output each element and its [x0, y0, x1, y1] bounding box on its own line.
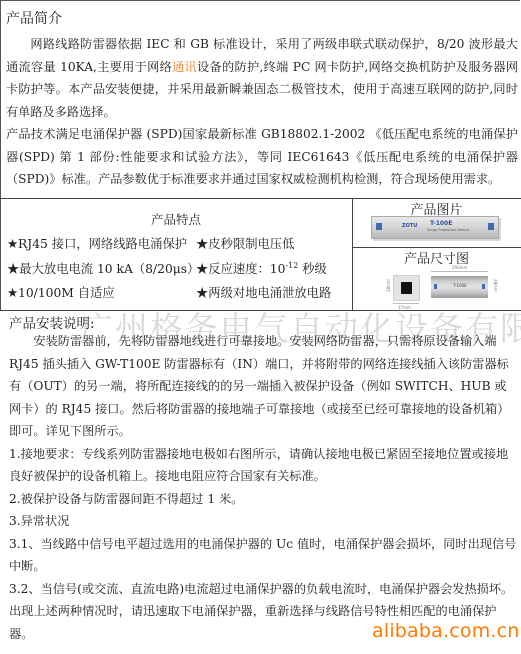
install-title: 产品安装说明:	[9, 312, 95, 332]
feature-item-speed: ★反应速度：10-12 秒级	[196, 259, 327, 277]
rj45-port-icon	[401, 282, 412, 294]
port-icon	[488, 223, 494, 230]
highlight-link-tongxun[interactable]: 通讯	[172, 60, 197, 74]
dimension-height-label: 28mm	[386, 279, 391, 292]
device-model: T-100E	[430, 220, 452, 227]
intro-paragraph-1: 网路线路防雷器依据 IEC 和 GB 标准设计，采用了两级串联式联动保护，8/2…	[6, 33, 518, 123]
install-paragraph: 3.1、当线路中信号电平超过选用的电涌保护器的 Uc 值时，电涌保护器会损坏，同…	[9, 533, 517, 578]
dimension-side-view: T-100E	[431, 276, 488, 298]
port-icon	[434, 284, 437, 289]
install-paragraph: 安装防雷器前，先将防雷器地线进行可靠接地。安装网络防雷器，只需将原设备输入端RJ…	[9, 330, 517, 443]
intro-body: 网路线路防雷器依据 IEC 和 GB 标准设计，采用了两级串联式联动保护，8/2…	[6, 33, 518, 191]
dimension-length-label: 292mm	[452, 265, 467, 270]
feature-item: ★RJ45 接口，网络线路电涌保护	[7, 234, 187, 252]
features-title: 产品特点	[0, 210, 352, 228]
dimension-depth-label: 28mm	[493, 279, 498, 292]
dimension-line	[431, 271, 488, 272]
device-subtitle: Surge Protection Device	[427, 228, 469, 232]
port-icon	[376, 223, 382, 230]
feature-speed-suffix: 秒级	[298, 262, 327, 276]
device-brand: ZOTU	[402, 223, 417, 229]
alibaba-watermark: alibaba.com.cn	[372, 620, 520, 642]
install-paragraph: 3.异常状况	[9, 510, 517, 533]
dimension-front-view	[393, 275, 420, 301]
feature-item: ★10/100M 自适应	[7, 283, 115, 301]
dimension-drawing-title: 产品尺寸图	[352, 248, 521, 267]
dimension-side-label: T-100E	[453, 283, 467, 288]
intro-paragraph-2: 产品技术满足电涌保护器 (SPD)国家最新标准 GB18802.1-2002 《…	[6, 123, 518, 191]
port-icon	[482, 284, 485, 289]
install-paragraph: 1.接地要求：专线系列防雷器接地电极如右图所示，请确认接地电极已紧固至接地位置或…	[9, 443, 517, 488]
intro-title: 产品简介	[6, 8, 62, 28]
feature-speed-text: ★反应速度：10	[196, 262, 285, 276]
install-paragraph: 2.被保护设备与防雷器间距不得超过 1 米。	[9, 488, 517, 511]
feature-item: ★最大放电电流 10 kA（8/20μs）	[7, 259, 199, 277]
product-image: ZOTU T-100E Surge Protection Device	[371, 216, 499, 239]
feature-item: ★皮秒限制电压低	[196, 234, 294, 252]
feature-speed-exponent: -12	[285, 261, 298, 270]
install-body: 安装防雷器前，先将防雷器地线进行可靠接地。安装网络防雷器，只需将原设备输入端RJ…	[9, 330, 517, 645]
feature-item: ★两级对地电涌泄放电路	[196, 283, 331, 301]
